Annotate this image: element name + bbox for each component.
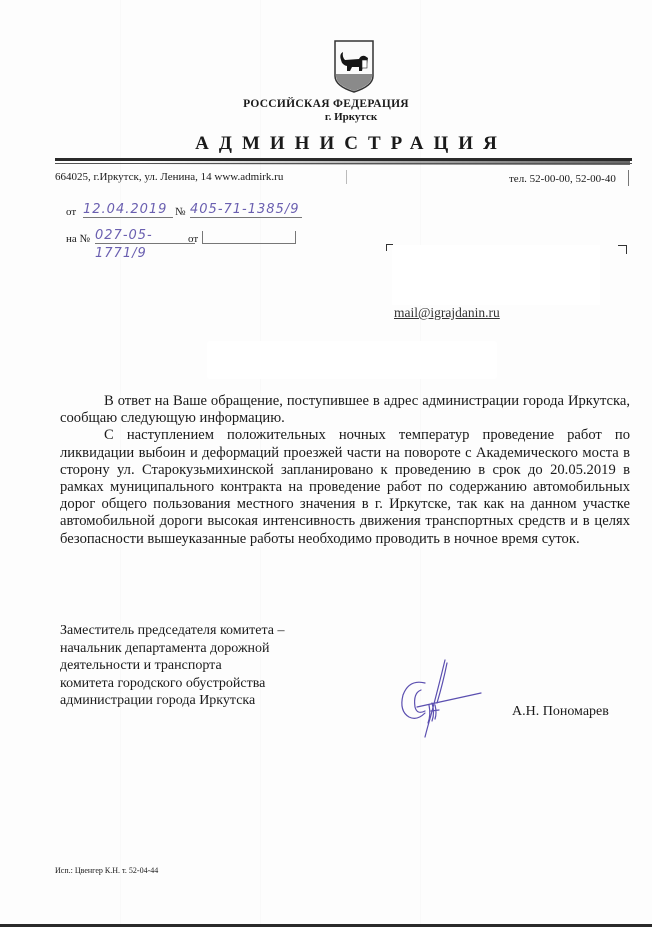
title-line: администрации города Иркутска — [60, 692, 284, 710]
outgoing-date-field: 12.04.2019 — [83, 200, 173, 218]
body-paragraph: В ответ на Ваше обращение, поступившее в… — [60, 393, 630, 427]
reference-label: на № — [66, 233, 90, 245]
letterhead-divider-thin — [55, 163, 632, 164]
coat-of-arms-icon — [332, 38, 376, 94]
body-paragraph: С наступлением положительных ночных темп… — [60, 427, 630, 547]
title-line: комитета городского обустройства — [60, 675, 284, 693]
reference-number-value: 027-05-1771/9 — [95, 228, 153, 261]
signatory-title: Заместитель председателя комитета – нача… — [60, 622, 284, 710]
reference-date-label: от — [188, 233, 198, 245]
organization-phones: тел. 52-00-00, 52-00-40 — [509, 173, 616, 185]
organization-address: 664025, г.Иркутск, ул. Ленина, 14 www.ad… — [55, 171, 283, 183]
number-label: № — [175, 206, 186, 218]
address-bracket-right — [618, 245, 627, 254]
outgoing-number-value: 405-71-1385/9 — [190, 202, 299, 217]
outgoing-date-value: 12.04.2019 — [83, 202, 167, 217]
reference-date-field — [202, 231, 296, 244]
divider — [628, 170, 629, 186]
redacted-salutation — [207, 341, 497, 379]
title-line: Заместитель председателя комитета – — [60, 622, 284, 640]
divider — [346, 170, 347, 184]
outgoing-number-field: 405-71-1385/9 — [190, 200, 302, 218]
letter-body: В ответ на Ваше обращение, поступившее в… — [60, 393, 630, 548]
title-line: начальник департамента дорожной — [60, 640, 284, 658]
redacted-recipient — [392, 245, 600, 305]
executor-note: Исп.: Цвенгер К.Н. т. 52-04-44 — [55, 866, 158, 875]
reference-number-field: 027-05-1771/9 — [95, 226, 195, 244]
recipient-email: mail@igrajdanin.ru — [394, 305, 500, 321]
organization-title: АДМИНИСТРАЦИЯ — [0, 133, 652, 155]
title-line: деятельности и транспорта — [60, 657, 284, 675]
signer-name: А.Н. Пономарев — [512, 704, 609, 720]
handwritten-signature-icon — [395, 655, 485, 740]
federation-heading: РОССИЙСКАЯ ФЕДЕРАЦИЯ — [0, 98, 652, 110]
city-heading: г. Иркутск — [0, 111, 652, 123]
date-label: от — [66, 206, 76, 218]
